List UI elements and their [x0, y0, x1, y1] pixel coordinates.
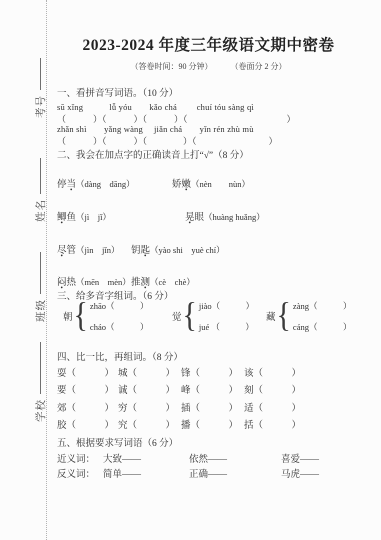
polyphone-char: 觉 — [172, 309, 182, 323]
seal-underline — [40, 158, 41, 194]
compare-cell: 诚（ ） — [118, 382, 181, 396]
compare-char: 适 — [244, 404, 254, 414]
section4-pair-group2: 郊（ ） 穷（ ） 插（ ） 适（ ） 胶（ ） 究（ ） 播（ ） 括（ ） — [57, 400, 360, 431]
word-choice-item: 闷热（mēn mèn） — [57, 274, 131, 288]
compare-cell: 郊（ ） — [57, 400, 118, 414]
subtitle-neatness-score: （卷面分 2 分） — [231, 61, 287, 72]
compare-char: 胶 — [57, 421, 67, 431]
brace-glyph: { — [277, 296, 291, 335]
seal-label-class: 班级 — [33, 299, 48, 322]
polyphone-options: jiào（ ） jué （ ） — [199, 300, 254, 333]
answer-blank: （ ） — [191, 386, 239, 396]
pinyin-choices: （jìn jǐn） — [76, 245, 119, 255]
compare-cell: 适（ ） — [244, 400, 360, 414]
compare-char: 播 — [181, 421, 191, 431]
pinyin-blank: jiào（ ） — [199, 300, 254, 312]
exam-paper: 考号 姓名 班级 学校 2023-2024 年度三年级语文期中密卷 （答卷时间：… — [0, 0, 381, 540]
dotted-char: 尽 — [57, 242, 67, 256]
compare-cell: 耍（ ） — [57, 365, 118, 379]
compare-char: 城 — [118, 369, 128, 379]
pinyin-choices: （jì jǐ） — [76, 212, 111, 222]
answer-blank: （ ） — [128, 404, 176, 414]
dotted-char: 鲫 — [57, 209, 67, 223]
compare-cell: 锋（ ） — [181, 365, 244, 379]
word-choice-item: 娇嫩（nèn nùn） — [172, 176, 250, 190]
pinyin-choices: （nèn nùn） — [191, 179, 250, 189]
answer-blank: （ ） — [254, 421, 302, 431]
seal-field-exam-number: 考号 — [33, 58, 48, 118]
seal-field-class: 班级 — [33, 252, 48, 322]
compare-char: 锋 — [181, 369, 191, 379]
section2-row1: 停当（dàng dāng） 娇嫩（nèn nùn） — [57, 176, 360, 192]
synonym-item: 喜爱—— — [281, 451, 360, 465]
polyphone-group-chao: 朝 { zhāo（ ） cháo（ ） — [63, 299, 148, 333]
seal-label-school: 学校 — [33, 399, 48, 422]
answer-blank: （ ） — [128, 421, 176, 431]
compare-char: 诚 — [118, 386, 128, 396]
polyphone-char: 朝 — [63, 309, 73, 323]
subtitle-answer-time: （答卷时间：90 分钟） — [131, 61, 213, 72]
compare-char: 该 — [244, 369, 254, 379]
answer-blank: （ ） — [191, 404, 239, 414]
seal-underline — [40, 58, 41, 90]
compare-char: 括 — [244, 421, 254, 431]
subtitle: （答卷时间：90 分钟） （卷面分 2 分） — [57, 61, 360, 72]
brace-glyph: { — [74, 296, 88, 335]
section2-row3: 尽管（jìn jǐn） 钥匙（yào shi yuè chí） — [57, 242, 360, 258]
dotted-char: 嫩 — [182, 176, 192, 190]
seal-underline — [40, 252, 41, 294]
compare-cell: 插（ ） — [181, 400, 244, 414]
compare-cell: 穷（ ） — [118, 400, 181, 414]
section4-heading: 四、比一比，再组词。（8 分） — [57, 349, 360, 363]
compare-cell: 究（ ） — [118, 417, 181, 431]
word-text: 娇 — [172, 180, 182, 190]
compare-char: 穷 — [118, 404, 128, 414]
section5-heading: 五、根据要求写词语（6 分） — [57, 435, 360, 449]
pinyin-choices: （yào shi yuè chí） — [150, 245, 225, 255]
antonym-item: 简单—— — [103, 466, 189, 480]
compare-char: 究 — [118, 421, 128, 431]
antonym-row: 反义词： 简单—— 正确—— 马虎—— — [57, 466, 360, 480]
seal-field-name: 姓名 — [33, 158, 48, 222]
polyphone-group-jue: 觉 { jiào（ ） jué （ ） — [172, 299, 254, 333]
page-title: 2023-2024 年度三年级语文期中密卷 — [57, 33, 360, 55]
synonym-label: 近义词： — [57, 451, 103, 465]
section2-heading: 二、我会在加点字的正确读音上打“√”（8 分） — [57, 147, 360, 161]
polyphone-options: zhāo（ ） cháo（ ） — [90, 300, 149, 333]
compare-cell: 刻（ ） — [244, 382, 360, 396]
answer-blank: （ ） — [191, 369, 239, 379]
answer-blank: （ ） — [67, 404, 115, 414]
word-choice-item: 停当（dàng dāng） — [57, 176, 135, 190]
section2-row2: 鲫鱼（jì jǐ） 晃眼（huàng huǎng） — [57, 209, 360, 225]
compare-char: 耍 — [57, 369, 67, 379]
word-choice-item: 钥匙（yào shi yuè chí） — [131, 242, 225, 256]
word-text: 推 — [131, 278, 141, 288]
polyphone-options: zàng（ ） cáng（ ） — [293, 300, 352, 333]
section1-blank-line2: （ ）（ ）（ ）（ ） — [57, 134, 360, 147]
answer-blank: （ ） — [254, 404, 302, 414]
dotted-char: 匙 — [141, 242, 151, 256]
synonym-item: 大致—— — [103, 451, 189, 465]
synonym-item: 依然—— — [189, 451, 281, 465]
compare-cell: 城（ ） — [118, 365, 181, 379]
compare-cell: 播（ ） — [181, 417, 244, 431]
answer-blank: （ ） — [254, 369, 302, 379]
seal-field-school: 学校 — [33, 342, 48, 422]
compare-cell: 胶（ ） — [57, 417, 118, 431]
pinyin-blank: jué （ ） — [199, 321, 254, 333]
pinyin-blank: zhāo（ ） — [90, 300, 149, 312]
word-choice-item: 鲫鱼（jì jǐ） — [57, 209, 111, 223]
pinyin-blank: zàng（ ） — [293, 300, 352, 312]
answer-blank: （ ） — [67, 421, 115, 431]
compare-cell: 括（ ） — [244, 417, 360, 431]
word-choice-item: 尽管（jìn jǐn） — [57, 242, 119, 256]
answer-blank: （ ） — [254, 386, 302, 396]
word-text: 眼 — [195, 213, 205, 223]
polyphone-group-cang: 藏 { zàng（ ） cáng（ ） — [266, 299, 351, 333]
dotted-char: 晃 — [185, 209, 195, 223]
pinyin-choices: （cè chè） — [150, 277, 195, 287]
answer-blank: （ ） — [128, 369, 176, 379]
word-text: 停 — [57, 180, 67, 190]
brace-glyph: { — [183, 296, 197, 335]
synonym-row: 近义词： 大致—— 依然—— 喜爱—— — [57, 451, 360, 465]
antonym-item: 马虎—— — [281, 466, 360, 480]
pinyin-blank: cáng（ ） — [293, 321, 352, 333]
pinyin-blank: cháo（ ） — [90, 321, 149, 333]
pinyin-choices: （dàng dāng） — [76, 179, 135, 189]
compare-char: 要 — [57, 386, 67, 396]
polyphone-char: 藏 — [266, 309, 276, 323]
antonym-label: 反义词： — [57, 466, 103, 480]
pinyin-choices: （huàng huǎng） — [204, 212, 265, 222]
compare-cell: 峰（ ） — [181, 382, 244, 396]
answer-blank: （ ） — [128, 386, 176, 396]
compare-char: 郊 — [57, 404, 67, 414]
dotted-char: 测 — [141, 274, 151, 288]
answer-blank: （ ） — [67, 369, 115, 379]
compare-cell: 该（ ） — [244, 365, 360, 379]
seal-label-name: 姓名 — [33, 199, 48, 222]
word-text: 管 — [67, 246, 77, 256]
dotted-char: 当 — [67, 176, 77, 190]
answer-blank: （ ） — [67, 386, 115, 396]
section1-heading: 一、看拼音写词语。（10 分） — [57, 85, 360, 99]
section4-pair-group1: 耍（ ） 城（ ） 锋（ ） 该（ ） 要（ ） 诚（ ） 峰（ ） 刻（ ） — [57, 365, 360, 396]
word-choice-item: 晃眼（huàng huǎng） — [185, 209, 265, 223]
word-choice-item: 推测（cè chè） — [131, 274, 195, 288]
seal-underline — [40, 342, 41, 394]
word-text: 鱼 — [67, 213, 77, 223]
word-text: 热 — [67, 278, 77, 288]
antonym-item: 正确—— — [189, 466, 281, 480]
seal-label-exam-number: 考号 — [33, 95, 48, 118]
pinyin-choices: （mēn mèn） — [76, 277, 131, 287]
compare-char: 插 — [181, 404, 191, 414]
compare-char: 峰 — [181, 386, 191, 396]
compare-cell: 要（ ） — [57, 382, 118, 396]
answer-blank: （ ） — [191, 421, 239, 431]
compare-char: 刻 — [244, 386, 254, 396]
dotted-char: 闷 — [57, 274, 67, 288]
word-text: 钥 — [131, 246, 141, 256]
